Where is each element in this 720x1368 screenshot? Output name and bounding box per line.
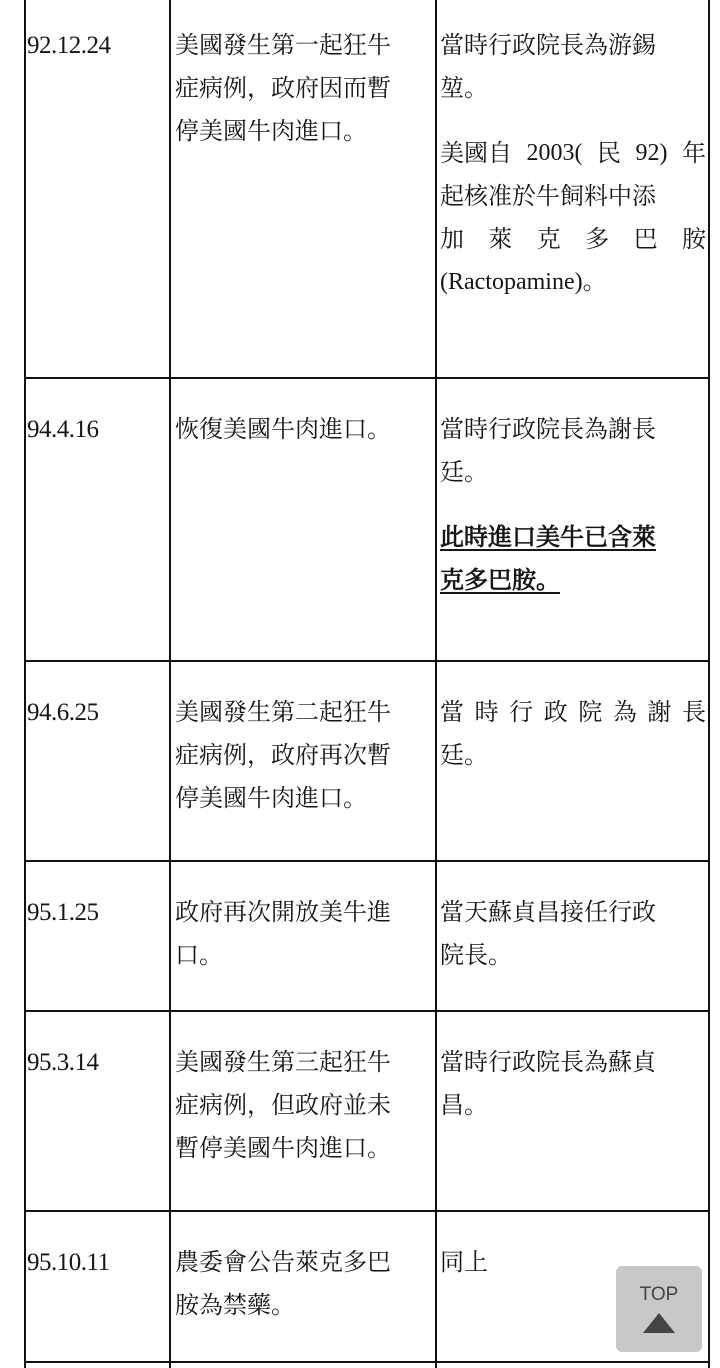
char: 胺 (682, 218, 706, 261)
text-line: 院長。 (440, 934, 706, 977)
text-fragment: 2003( (527, 132, 583, 175)
text-line: 當天蘇貞昌接任行政 (440, 891, 706, 934)
note-cell: 當 時 行 政 院 為 謝 長 廷。 (440, 691, 706, 777)
date-cell: 94.4.16 (27, 408, 167, 451)
event-cell: 農委會公告萊克多巴 胺為禁藥。 (175, 1241, 437, 1327)
char: 加 (440, 218, 464, 261)
text-line: 當時行政院長為蘇貞 (440, 1041, 706, 1084)
top-label: TOP (640, 1285, 679, 1305)
text-fragment: 民 (597, 132, 621, 175)
emphasis-note: 此時進口美牛已含萊 克多巴胺。 (440, 516, 706, 602)
char: 院 (578, 691, 602, 734)
event-cell: 美國發生第三起狂牛 症病例，但政府並未 暫停美國牛肉進口。 (175, 1041, 437, 1170)
text-line: 堃。 (440, 67, 706, 110)
date-cell: 95.3.14 (27, 1041, 167, 1084)
text-line: 當時行政院長為游錫 (440, 24, 706, 67)
char: 巴 (634, 218, 658, 261)
note-cell: 當時行政院長為游錫 堃。 美國自 2003( 民 92) 年 起核准於牛飼料中添… (440, 24, 706, 304)
char: 行 (509, 691, 533, 734)
row-divider (24, 377, 710, 379)
text-line: 農委會公告萊克多巴 (175, 1241, 437, 1284)
text-line: 停美國牛肉進口。 (175, 110, 437, 153)
date-cell: 95.1.25 (27, 891, 167, 934)
table-border-col1 (169, 0, 171, 1368)
text-line: 當 時 行 政 院 為 謝 長 (440, 691, 706, 734)
char: 當 (440, 691, 464, 734)
text-line: 症病例，但政府並未 (175, 1084, 437, 1127)
note-cell: 當時行政院長為蘇貞 昌。 (440, 1041, 706, 1127)
text-line: 廷。 (440, 451, 706, 494)
text-fragment: 年 (682, 132, 706, 175)
text-line: 症病例，政府再次暫 (175, 734, 437, 777)
char: 時 (475, 691, 499, 734)
table-border-right (708, 0, 710, 1368)
text-line: 美國發生第一起狂牛 (175, 24, 437, 67)
date-cell: 92.12.24 (27, 24, 167, 67)
event-cell: 美國發生第一起狂牛 症病例，政府因而暫 停美國牛肉進口。 (175, 24, 437, 153)
text-line: 當時行政院長為謝長 (440, 408, 706, 451)
row-divider (24, 1210, 710, 1212)
char: 多 (585, 218, 609, 261)
table-border-left (24, 0, 26, 1368)
char: 為 (613, 691, 637, 734)
date-cell: 95.10.11 (27, 1241, 167, 1284)
text-line: 此時進口美牛已含萊 (440, 516, 706, 559)
text-line: (Ractopamine)。 (440, 261, 706, 304)
event-cell: 美國發生第二起狂牛 症病例，政府再次暫 停美國牛肉進口。 (175, 691, 437, 820)
date-cell: 94.6.25 (27, 691, 167, 734)
row-divider (24, 1010, 710, 1012)
char: 政 (544, 691, 568, 734)
event-cell: 政府再次開放美牛進 口。 (175, 891, 437, 977)
char: 萊 (488, 218, 512, 261)
text-line: 美國發生第三起狂牛 (175, 1041, 437, 1084)
char: 克 (537, 218, 561, 261)
text-fragment: 克多巴胺。 (440, 566, 560, 594)
text-line: 症病例，政府因而暫 (175, 67, 437, 110)
text-line: 停美國牛肉進口。 (175, 777, 437, 820)
text-line: 昌。 (440, 1084, 706, 1127)
text-line: 暫停美國牛肉進口。 (175, 1127, 437, 1170)
char: 長 (682, 691, 706, 734)
text-fragment: 92) (636, 132, 668, 175)
text-line: 加 萊 克 多 巴 胺 (440, 218, 706, 261)
text-line: 起核准於牛飼料中添 (440, 175, 706, 218)
text-line: 廷。 (440, 734, 706, 777)
text-fragment: 美國自 (440, 132, 512, 175)
back-to-top-button[interactable]: TOP (616, 1266, 702, 1352)
note-cell: 當時行政院長為謝長 廷。 此時進口美牛已含萊 克多巴胺。 (440, 408, 706, 602)
row-divider (24, 1361, 710, 1363)
row-divider (24, 660, 710, 662)
text-line: 克多巴胺。 (440, 559, 706, 602)
char: 謝 (647, 691, 671, 734)
event-cell: 恢復美國牛肉進口。 (175, 408, 437, 451)
text-line: 口。 (175, 934, 437, 977)
row-divider (24, 860, 710, 862)
text-line: 美國發生第二起狂牛 (175, 691, 437, 734)
text-line: 政府再次開放美牛進 (175, 891, 437, 934)
text-line: 胺為禁藥。 (175, 1284, 437, 1327)
text-line: 美國自 2003( 民 92) 年 (440, 132, 706, 175)
note-cell: 當天蘇貞昌接任行政 院長。 (440, 891, 706, 977)
triangle-up-icon (643, 1313, 675, 1333)
